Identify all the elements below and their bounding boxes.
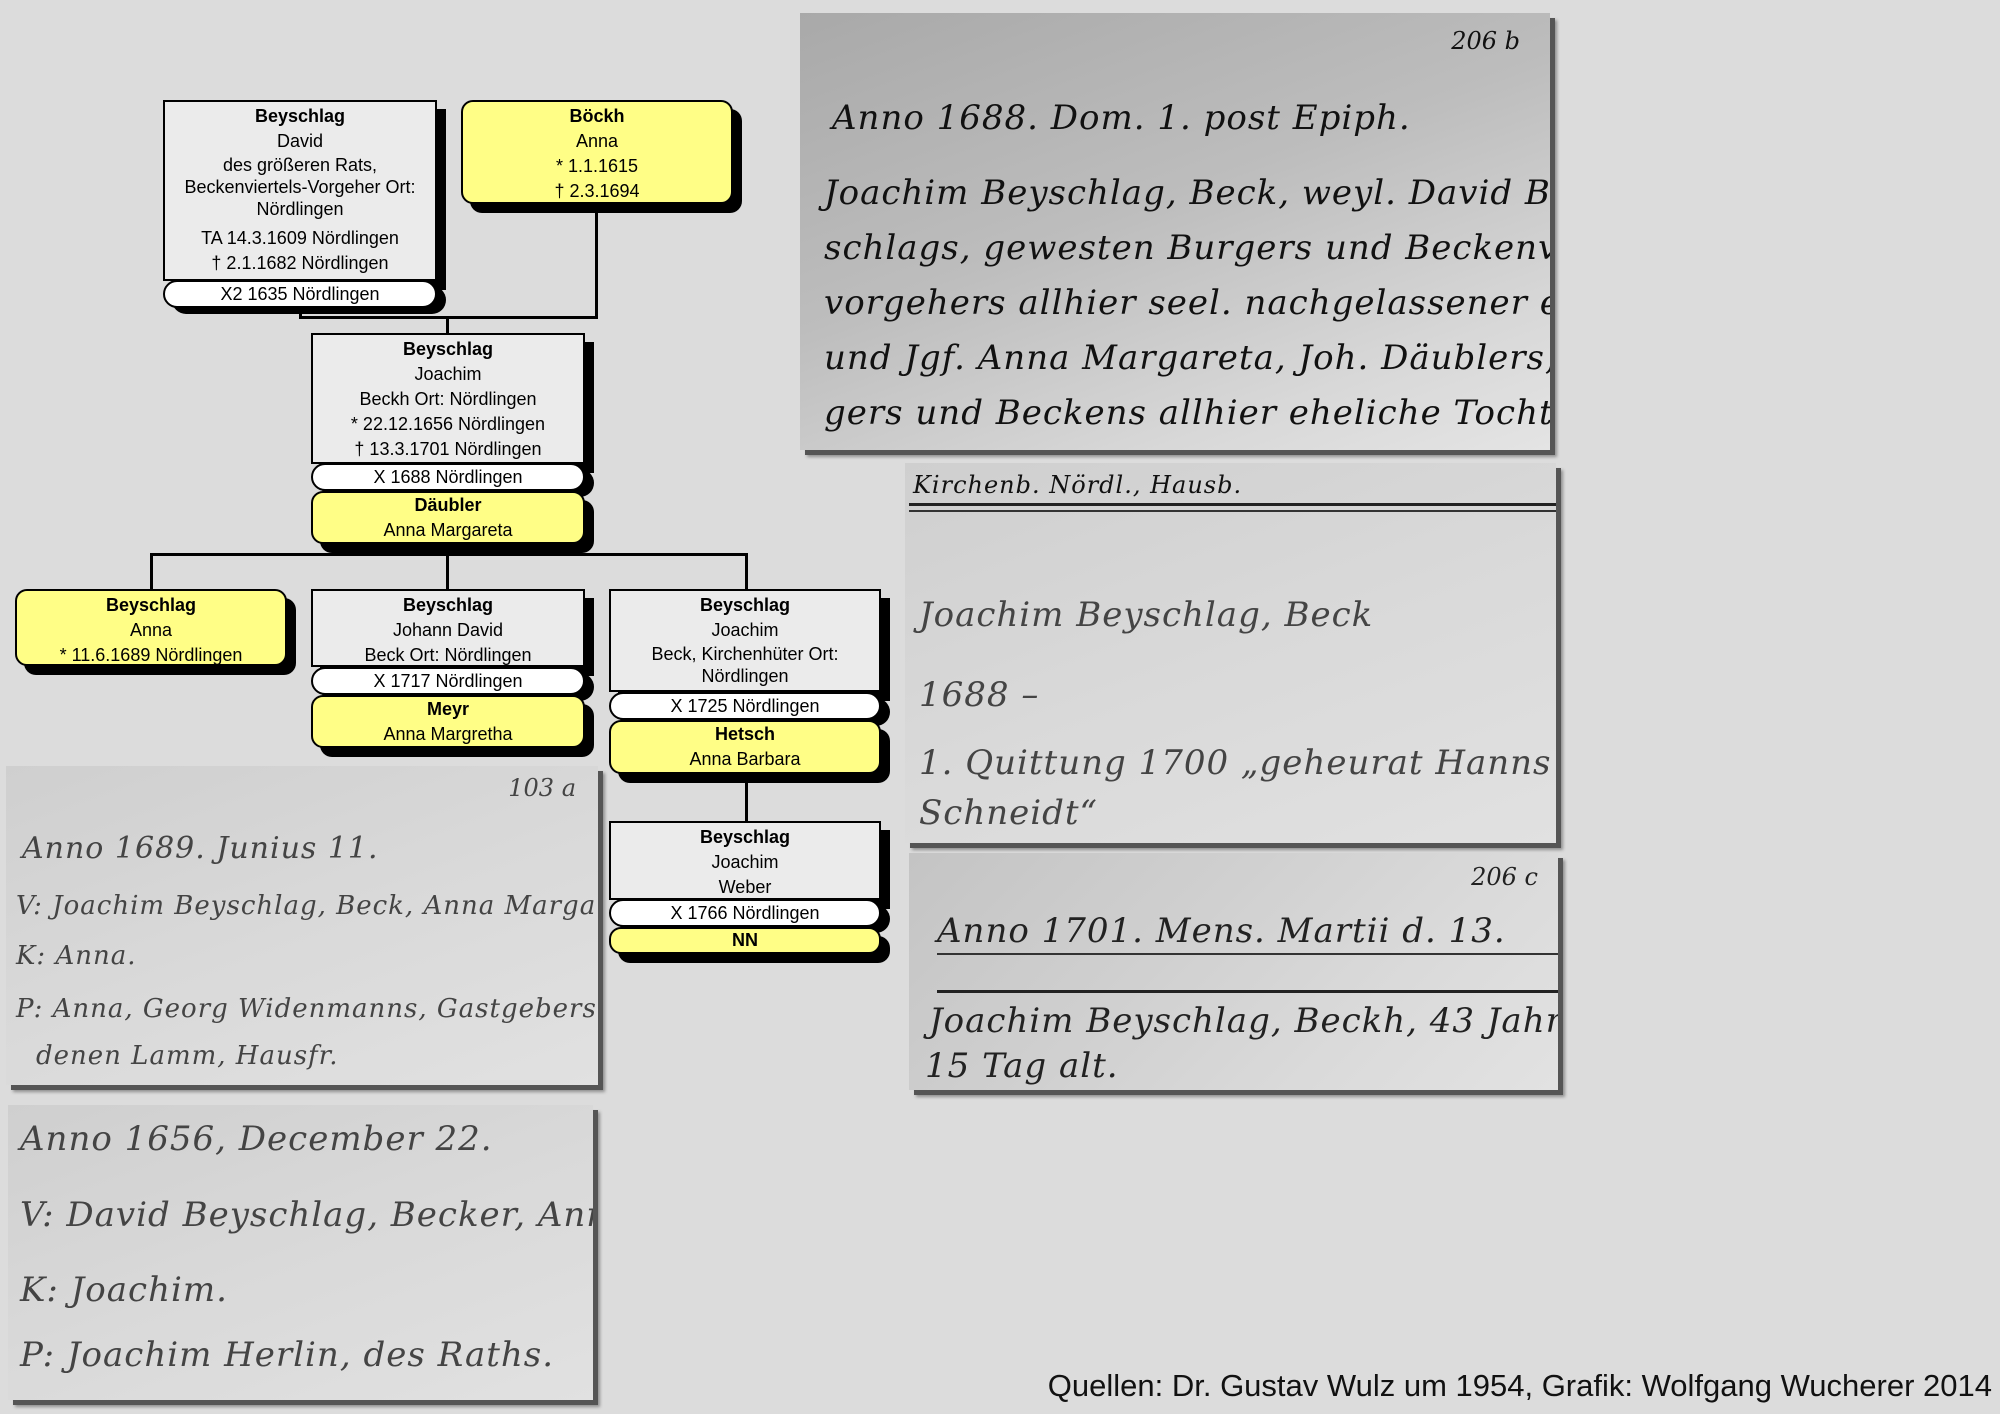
given-name: Johann David bbox=[313, 618, 583, 643]
rule bbox=[937, 953, 1558, 955]
marriage-johann-david: X 1717 Nördlingen bbox=[311, 667, 585, 695]
source-credits: Quellen: Dr. Gustav Wulz um 1954, Grafik… bbox=[1048, 1368, 1992, 1404]
header-rule bbox=[909, 510, 1556, 512]
surname: Beyschlag bbox=[165, 104, 435, 129]
person-anna-boeckh[interactable]: Böckh Anna * 1.1.1615 † 2.3.1694 bbox=[461, 100, 733, 204]
scan-line: 1. Quittung 1700 „geheurat Hanns Caspar bbox=[919, 743, 1556, 783]
scan-baptism-record-1656: Anno 1656, December 22. V: David Beyschl… bbox=[8, 1105, 593, 1400]
given-name: Joachim bbox=[611, 850, 879, 875]
rule bbox=[937, 990, 1558, 993]
scan-line: vorgehers allhier seel. nachgelassener e… bbox=[824, 283, 1550, 323]
surname: Beyschlag bbox=[611, 825, 879, 850]
scan-line: V: David Beyschlag, Becker, Anna. bbox=[20, 1195, 593, 1235]
scan-baptism-record-1689: 103 a Anno 1689. Junius 11. V: Joachim B… bbox=[6, 766, 598, 1085]
scan-line: P: Anna, Georg Widenmanns, Gastgebers zu… bbox=[16, 994, 598, 1024]
birth: * 11.6.1689 Nördlingen bbox=[17, 643, 285, 668]
scan-line: schlags, gewesten Burgers und Beckenvier… bbox=[824, 228, 1550, 268]
surname: Beyschlag bbox=[313, 593, 583, 618]
scan-line: P: Joachim Herlin, des Raths. bbox=[20, 1335, 554, 1375]
occupation: Beck Ort: Nördlingen bbox=[313, 643, 583, 668]
page-reference: 103 a bbox=[508, 774, 576, 802]
given-name: Anna Margretha bbox=[313, 722, 583, 747]
surname: NN bbox=[611, 929, 879, 951]
header-rule bbox=[909, 503, 1556, 506]
baptism: TA 14.3.1609 Nördlingen bbox=[165, 226, 435, 251]
person-anna-barbara-hetsch[interactable]: Hetsch Anna Barbara bbox=[609, 720, 881, 774]
birth: * 22.12.1656 Nördlingen bbox=[313, 412, 583, 437]
person-joachim-beyschlag-1725[interactable]: Beyschlag Joachim Beck, Kirchenhüter Ort… bbox=[609, 589, 881, 692]
given-name: Anna Margareta bbox=[313, 518, 583, 543]
scan-line: 1688 – bbox=[919, 675, 1039, 715]
surname: Meyr bbox=[313, 697, 583, 722]
surname: Böckh bbox=[463, 104, 731, 129]
death: † 2.3.1694 bbox=[463, 179, 731, 204]
occupation: Beckh Ort: Nördlingen bbox=[313, 387, 583, 412]
page-reference: 206 b bbox=[1451, 27, 1520, 55]
scan-line: Anno 1688. Dom. 1. post Epiph. bbox=[832, 98, 1411, 138]
surname: Beyschlag bbox=[17, 593, 285, 618]
person-johann-david-beyschlag[interactable]: Beyschlag Johann David Beck Ort: Nördlin… bbox=[311, 589, 585, 667]
marriage-david: X2 1635 Nördlingen bbox=[163, 280, 437, 308]
given-name: Anna Barbara bbox=[611, 747, 879, 772]
scan-line: K: Anna. bbox=[16, 941, 136, 971]
connector-boeckh-down bbox=[595, 212, 598, 318]
given-name: Anna bbox=[463, 129, 731, 154]
person-joachim-beyschlag-weber[interactable]: Beyschlag Joachim Weber bbox=[609, 821, 881, 900]
surname: Beyschlag bbox=[313, 337, 583, 362]
scan-line: Schneidt“ bbox=[919, 793, 1098, 833]
page-reference: 206 c bbox=[1471, 863, 1538, 891]
scan-death-record-1701: 206 c Anno 1701. Mens. Martii d. 13. Joa… bbox=[909, 853, 1558, 1090]
connector-to-anna bbox=[150, 553, 153, 590]
scan-line: Joachim Beyschlag, Beckh, 43 Jahr, 2 Mon… bbox=[929, 1001, 1558, 1041]
person-anna-margareta-daeubler[interactable]: Däubler Anna Margareta bbox=[311, 491, 585, 544]
scan-line: V: Joachim Beyschlag, Beck, Anna Margare… bbox=[16, 891, 598, 921]
surname: Beyschlag bbox=[611, 593, 879, 618]
person-joachim-beyschlag[interactable]: Beyschlag Joachim Beckh Ort: Nördlingen … bbox=[311, 333, 585, 464]
occupation: des größeren Rats, Beckenviertels-Vorgeh… bbox=[165, 154, 435, 220]
given-name: Anna bbox=[17, 618, 285, 643]
birth: * 1.1.1615 bbox=[463, 154, 731, 179]
death: † 13.3.1701 Nördlingen bbox=[313, 437, 583, 462]
given-name: David bbox=[165, 129, 435, 154]
given-name: Joachim bbox=[313, 362, 583, 387]
connector-children-horizontal bbox=[150, 553, 748, 556]
occupation: Weber bbox=[611, 875, 879, 900]
marriage-joachim-weber: X 1766 Nördlingen bbox=[609, 899, 881, 927]
scan-line: Anno 1656, December 22. bbox=[20, 1119, 493, 1159]
scan-line: gers und Beckens allhier eheliche Tochte… bbox=[824, 393, 1550, 433]
connector-to-joachim-1725 bbox=[745, 553, 748, 590]
card-header: Kirchenb. Nördl., Hausb. bbox=[913, 471, 1242, 499]
scan-line: Joachim Beyschlag, Beck bbox=[919, 595, 1373, 635]
surname: Däubler bbox=[313, 493, 583, 518]
scan-marriage-record-1688: 206 b Anno 1688. Dom. 1. post Epiph. Joa… bbox=[800, 13, 1550, 450]
person-anna-beyschlag[interactable]: Beyschlag Anna * 11.6.1689 Nördlingen bbox=[15, 589, 287, 666]
scan-index-card: Kirchenb. Nördl., Hausb. Joachim Beyschl… bbox=[905, 463, 1556, 843]
marriage-joachim: X 1688 Nördlingen bbox=[311, 463, 585, 491]
scan-line: Anno 1689. Junius 11. bbox=[22, 831, 379, 866]
person-david-beyschlag[interactable]: Beyschlag David des größeren Rats, Becke… bbox=[163, 100, 437, 281]
given-name: Joachim bbox=[611, 618, 879, 643]
person-anna-margretha-meyr[interactable]: Meyr Anna Margretha bbox=[311, 695, 585, 748]
occupation: Beck, Kirchenhüter Ort: Nördlingen bbox=[611, 643, 879, 687]
connector-to-joachim bbox=[446, 316, 449, 334]
person-nn[interactable]: NN bbox=[609, 927, 881, 954]
scan-line: Anno 1701. Mens. Martii d. 13. bbox=[937, 911, 1506, 951]
connector-to-johann-david bbox=[446, 553, 449, 590]
connector-to-joachim-weber bbox=[745, 780, 748, 822]
marriage-joachim-1725: X 1725 Nördlingen bbox=[609, 692, 881, 720]
scan-line: und Jgf. Anna Margareta, Joh. Däublers, … bbox=[824, 338, 1550, 378]
scan-line: K: Joachim. bbox=[20, 1270, 228, 1310]
scan-line: Joachim Beyschlag, Beck, weyl. David Bey… bbox=[824, 173, 1550, 213]
death: † 2.1.1682 Nördlingen bbox=[165, 251, 435, 276]
scan-line: 15 Tag alt. bbox=[925, 1046, 1119, 1086]
scan-line: denen Lamm, Hausfr. bbox=[36, 1041, 339, 1071]
surname: Hetsch bbox=[611, 722, 879, 747]
